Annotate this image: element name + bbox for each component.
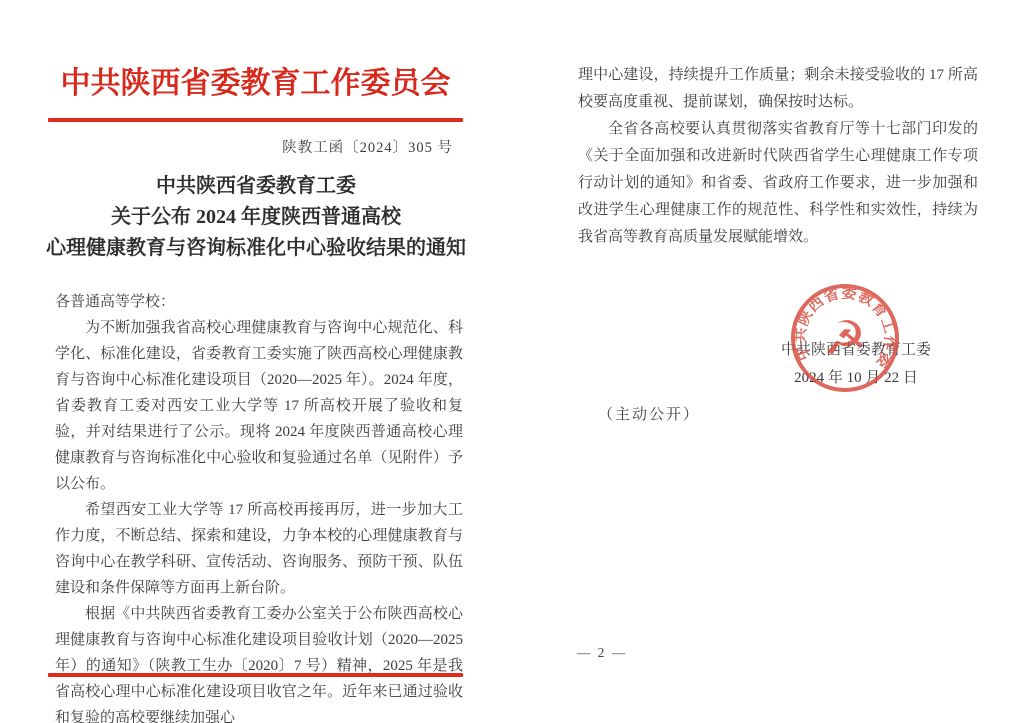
- paragraph: 全省各高校要认真贯彻落实省教育厅等十七部门印发的《关于全面加强和改进新时代陕西省…: [578, 116, 978, 251]
- page-1-body: 各普通高等学校： 为不断加强我省高校心理健康教育与咨询中心规范化、科学化、标准化…: [55, 289, 463, 723]
- letterhead-title: 中共陕西省委教育工作委员会: [48, 58, 463, 102]
- paragraph-continuation: 理中心建设，持续提升工作质量；剩余未接受验收的 17 所高校要高度重视、提前谋划…: [578, 62, 978, 116]
- page-2: 理中心建设，持续提升工作质量；剩余未接受验收的 17 所高校要高度重视、提前谋划…: [578, 0, 978, 723]
- document-title-line-1: 中共陕西省委教育工委: [44, 171, 468, 202]
- document-title-line-2: 关于公布 2024 年度陕西普通高校: [44, 202, 468, 233]
- document-scan: 中共陕西省委教育工作委员会 陕教工函〔2024〕305 号 中共陕西省委教育工委…: [0, 0, 1024, 723]
- hammer-and-sickle-icon: ☭: [823, 311, 866, 367]
- paragraph: 为不断加强我省高校心理健康教育与咨询中心规范化、科学化、标准化建设，省委教育工委…: [55, 315, 463, 497]
- official-seal: 中共陕西省委教育工作委员会 ☭: [788, 281, 902, 395]
- salutation: 各普通高等学校：: [55, 289, 463, 315]
- document-number: 陕教工函〔2024〕305 号: [282, 136, 453, 157]
- page-number: — 2 —: [552, 645, 652, 661]
- document-title: 中共陕西省委教育工委 关于公布 2024 年度陕西普通高校 心理健康教育与咨询标…: [44, 171, 468, 264]
- letterhead-red-rule: [48, 118, 463, 122]
- page-1: 中共陕西省委教育工作委员会 陕教工函〔2024〕305 号 中共陕西省委教育工委…: [48, 0, 463, 723]
- page-1-bottom-red-rule: [48, 673, 463, 677]
- disclosure-note: （主动公开）: [598, 403, 700, 424]
- page-2-body: 理中心建设，持续提升工作质量；剩余未接受验收的 17 所高校要高度重视、提前谋划…: [578, 62, 978, 251]
- document-title-line-3: 心理健康教育与咨询标准化中心验收结果的通知: [44, 233, 468, 264]
- official-seal-graphic: 中共陕西省委教育工作委员会 ☭: [788, 281, 902, 395]
- paragraph: 根据《中共陕西省委教育工委办公室关于公布陕西高校心理健康教育与咨询中心标准化建设…: [55, 601, 463, 723]
- paragraph: 希望西安工业大学等 17 所高校再接再厉，进一步加大工作力度，不断总结、探索和建…: [55, 497, 463, 601]
